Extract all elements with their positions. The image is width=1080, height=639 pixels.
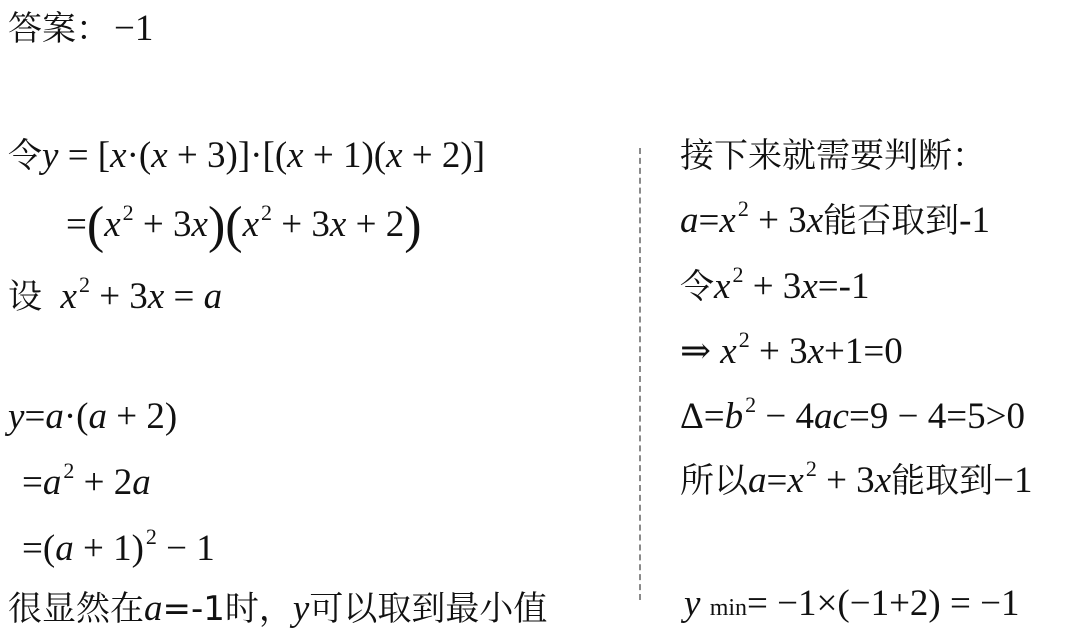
right-line-4: ⇒ x2 + 3x+1=0 [680, 333, 903, 370]
right-line-2: a=x2 + 3x能否取到-1 [680, 202, 990, 239]
line-prefix: 令 [680, 267, 714, 307]
answer-value: −1 [114, 8, 153, 49]
right-line-7: y min= −1×(−1+2) = −1 [684, 585, 1020, 622]
text: 能否取到 [823, 201, 959, 241]
text: 很显然在 [8, 589, 144, 629]
text: 接下来就需要判断： [680, 136, 986, 176]
value: -1 [959, 200, 990, 241]
line-prefix: 所以 [680, 461, 748, 501]
line-prefix: 令 [8, 136, 42, 176]
value: −1 [993, 460, 1032, 501]
left-line-2: =(x2 + 3x)(x2 + 3x + 2) [66, 200, 422, 252]
var-y: y [684, 583, 700, 624]
left-line-6: =(a + 1)2 − 1 [22, 530, 215, 567]
text: 能取到 [891, 461, 993, 501]
left-line-5: =a2 + 2a [22, 464, 151, 501]
right-line-5: Δ=b2 − 4ac=9 − 4=5>0 [680, 398, 1025, 435]
text: 可以取到最小值 [309, 589, 547, 629]
subscript-min: min [710, 595, 747, 621]
dashed-divider [639, 148, 641, 600]
var-y: y [293, 588, 309, 629]
right-line-6: 所以a=x2 + 3x能取到−1 [680, 462, 1033, 499]
text: =-1时， [163, 589, 293, 629]
left-line-7: 很显然在a=-1时，y可以取到最小值 [8, 590, 547, 627]
answer-label: 答案： [8, 9, 110, 49]
answer-line: 答案：−1 [8, 10, 153, 47]
line-prefix: 设 [8, 277, 42, 317]
left-line-1: 令y = [x·(x + 3)]·[(x + 1)(x + 2)] [8, 137, 485, 174]
left-line-4: y=a·(a + 2) [8, 398, 177, 435]
expression: = −1×(−1+2) = −1 [747, 583, 1019, 624]
var-a: a [144, 588, 163, 629]
right-line-1: 接下来就需要判断： [680, 137, 986, 174]
left-line-3: 设 x2 + 3x = a [8, 278, 222, 315]
right-line-3: 令x2 + 3x=-1 [680, 268, 869, 305]
